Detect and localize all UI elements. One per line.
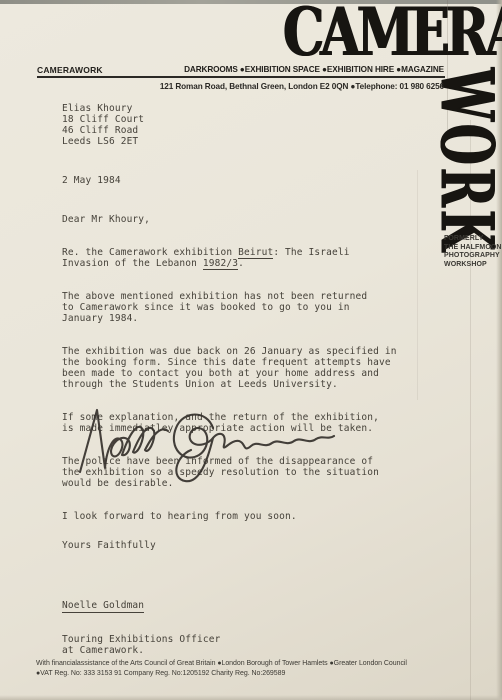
footer-legal-text: With financialassistance of the Arts Cou… xyxy=(36,659,407,678)
re-prefix: Re. the Camerawork exhibition xyxy=(62,247,238,258)
re-subject-line: Re. the Camerawork exhibition Beirut: Th… xyxy=(62,247,422,269)
letter-date: 2 May 1984 xyxy=(62,175,422,186)
signatory-title: Touring Exhibitions Officer at Camerawor… xyxy=(62,634,422,656)
signatory-typed-name: Noelle Goldman xyxy=(62,600,422,611)
recipient-address: Elias Khoury 18 Cliff Court 46 Cliff Roa… xyxy=(62,103,422,147)
camerawork-logo-vertical: WORK xyxy=(429,68,502,254)
letterhead-services-line: DARKROOMS ●EXHIBITION SPACE ●EXHIBITION … xyxy=(184,65,444,74)
re-suffix: : The Israeli xyxy=(273,247,349,258)
letterhead-address-line: 121 Roman Road, Bethnal Green, London E2… xyxy=(160,82,444,91)
letter-body: Elias Khoury 18 Cliff Court 46 Cliff Roa… xyxy=(62,92,422,667)
letterhead-formerly-note: FORMERLY THE HALFMOON PHOTOGRAPHY WORKSH… xyxy=(444,235,502,269)
paragraph-1: The above mentioned exhibition has not b… xyxy=(62,291,422,324)
paragraph-4: The police have been informed of the dis… xyxy=(62,456,422,489)
paragraph-3: If some explanation, and the return of t… xyxy=(62,412,422,434)
letterhead-brand-name: CAMERAWORK xyxy=(37,65,103,75)
camerawork-logo-horizontal: CAMERA xyxy=(283,0,502,67)
re-years-underlined: 1982/3 xyxy=(203,258,238,270)
paragraph-5: I look forward to hearing from you soon. xyxy=(62,511,422,522)
re-line2-suffix: . xyxy=(238,258,244,269)
scanned-letter-page: CAMERA WORK CAMERAWORK DARKROOMS ●EXHIBI… xyxy=(0,0,502,700)
re-line2-prefix: Invasion of the Lebanon xyxy=(62,258,203,269)
closing-line: Yours Faithfully xyxy=(62,540,422,551)
scan-edge-bottom xyxy=(0,695,502,700)
salutation: Dear Mr Khoury, xyxy=(62,214,422,225)
letterhead-divider-rule xyxy=(37,76,445,78)
paragraph-2: The exhibition was due back on 26 Januar… xyxy=(62,346,422,390)
